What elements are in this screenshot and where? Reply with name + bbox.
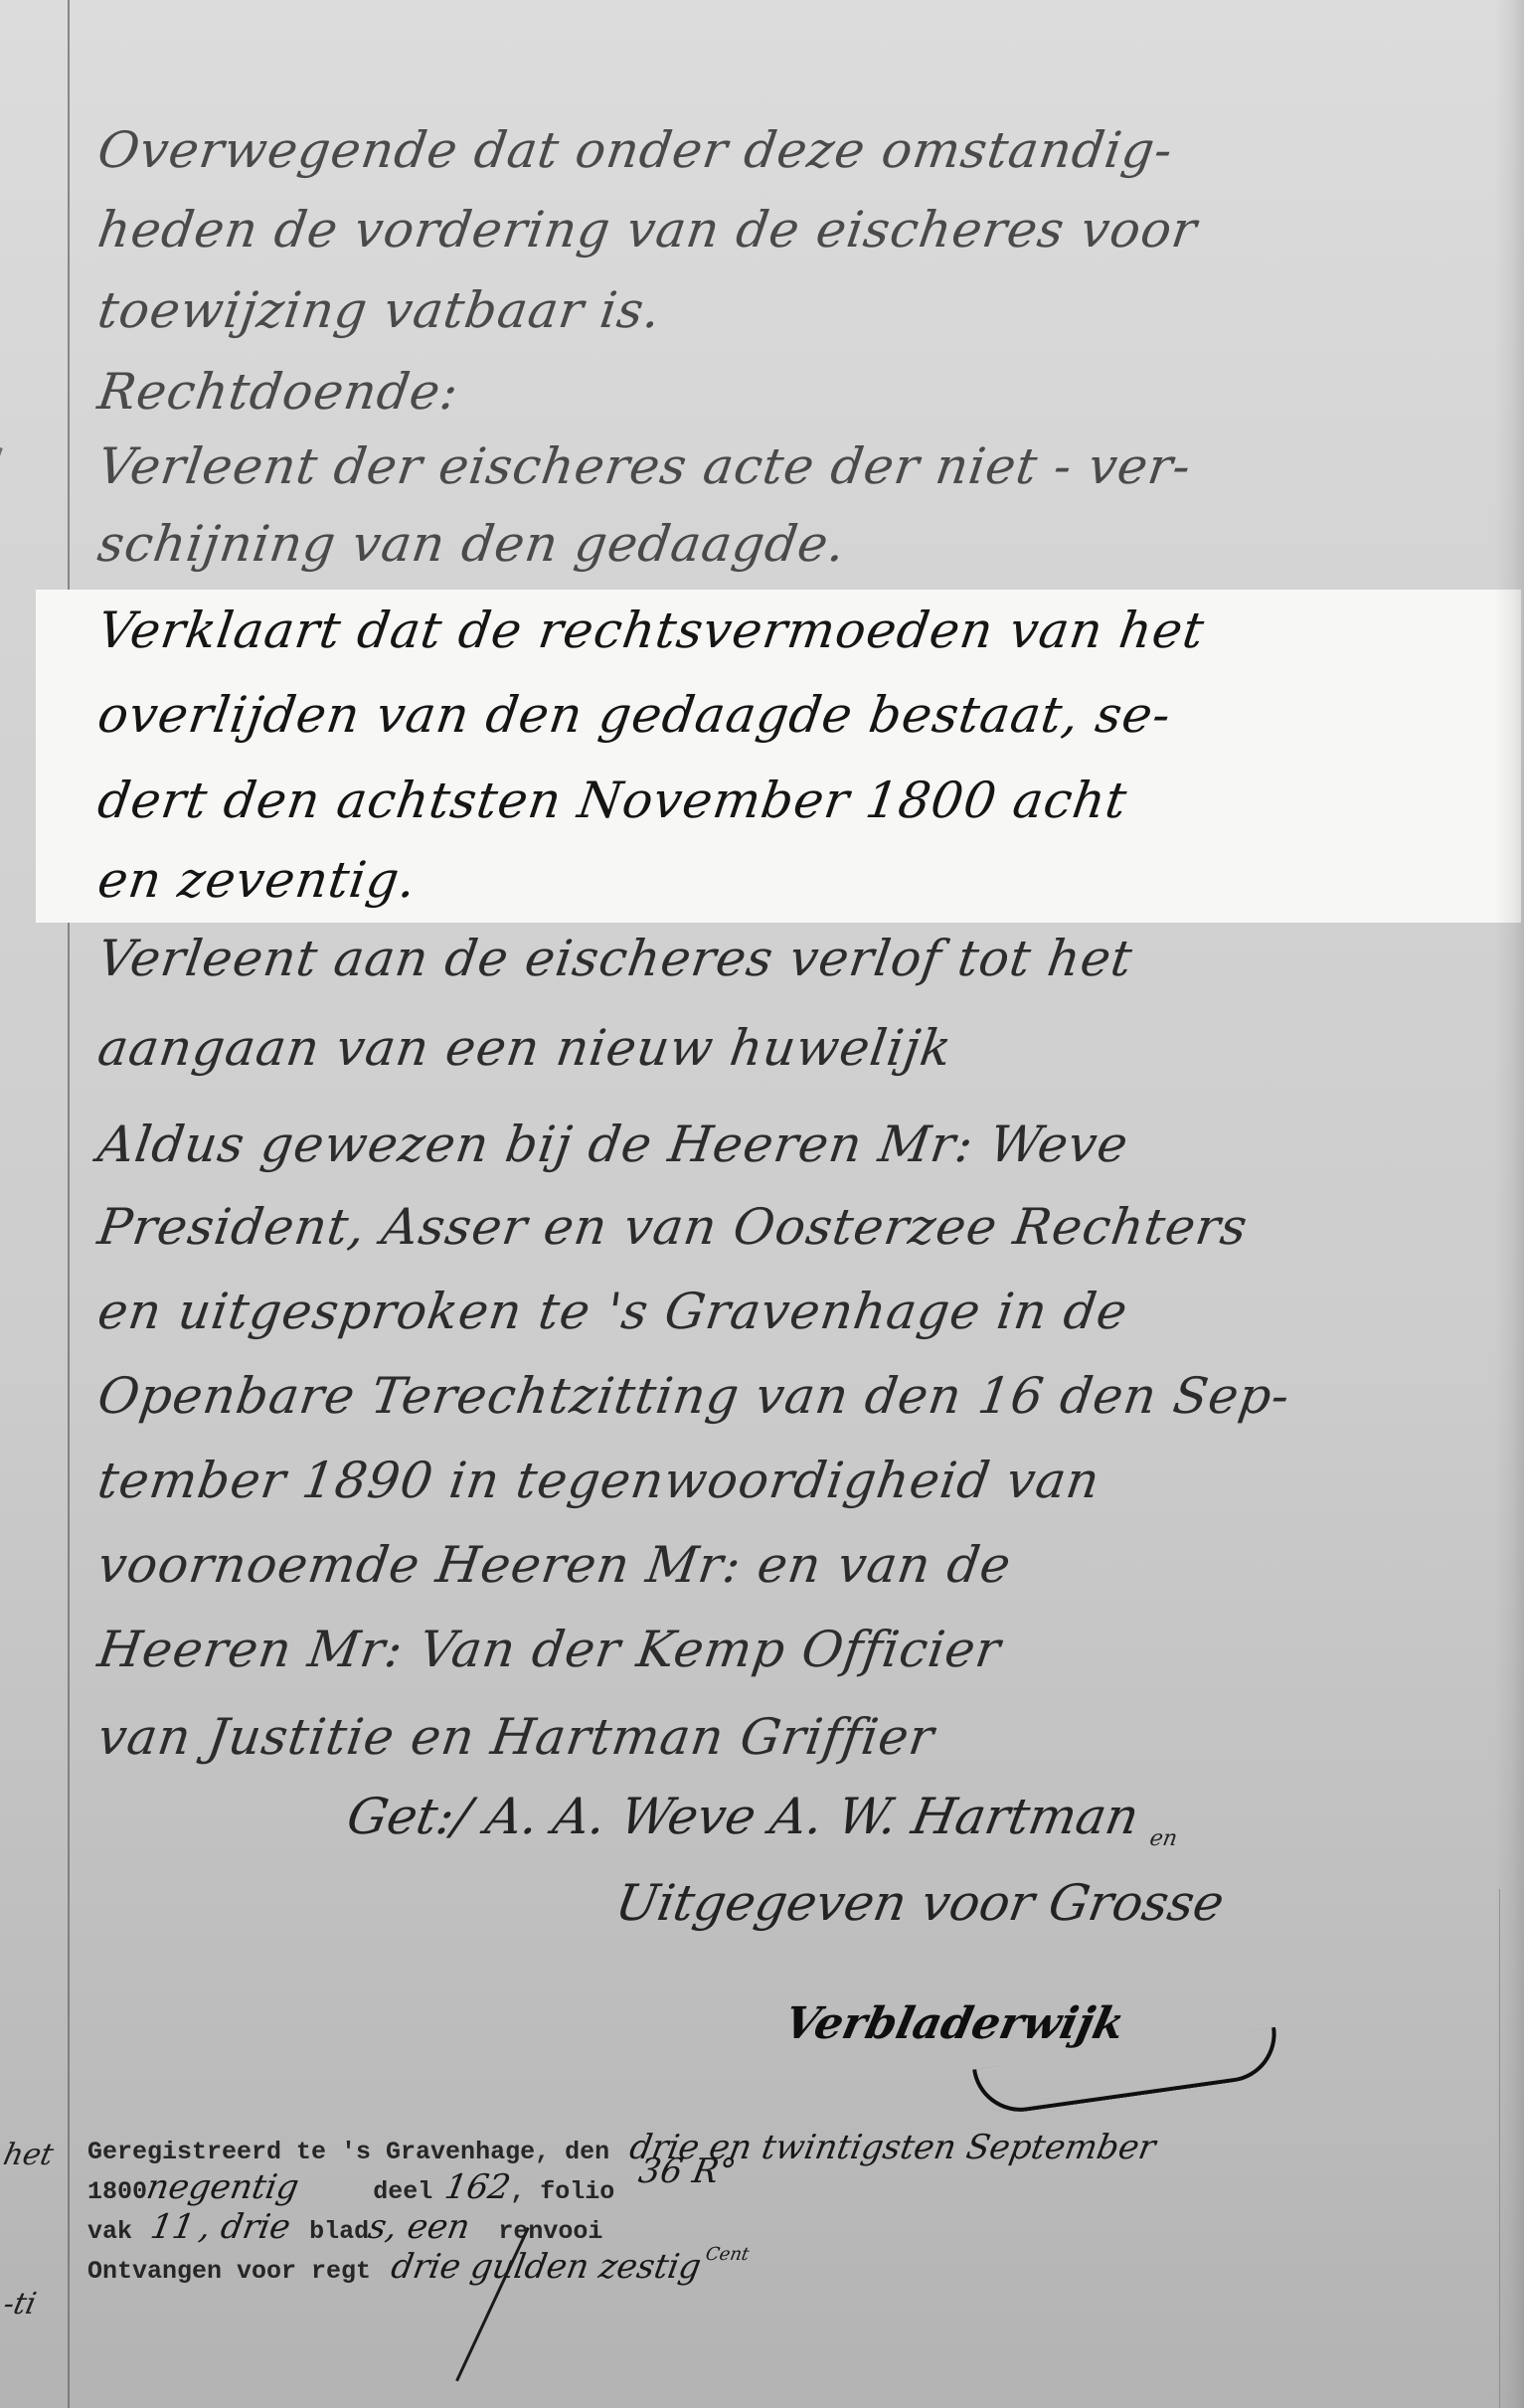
registration-stamp: Geregistreerd te 's Gravenhage, den drie… (87, 2128, 1479, 2287)
received-unit: Cent (704, 2244, 751, 2265)
margin-note-2: -ti (0, 2287, 39, 2322)
highlighted-line-3: dert den achtsten November 1800 acht (94, 772, 1131, 829)
registration-line-4: Ontvangen voor regt drie gulden zestig C… (87, 2247, 1479, 2287)
blad-label: blad (309, 2217, 369, 2246)
text-line-17: tember 1890 in tegenwoordigheid van (94, 1452, 1103, 1509)
text-line-12: aangaan van een nieuw huwelijk (94, 1019, 955, 1077)
renvooi-count: s, een (366, 2207, 473, 2247)
clerk-signature: Verbladerwijk (780, 1998, 1129, 2049)
registration-line-2: 1800negentig deel 162, folio 36 R° (87, 2167, 1479, 2207)
highlighted-line-1: Verklaart dat de rechtsvermoeden van het (94, 602, 1208, 659)
received-label: Ontvangen voor regt (87, 2257, 371, 2286)
year-prefix: 1800 (87, 2177, 147, 2206)
text-line-16: Openbare Terechtzitting van den 16 den S… (94, 1367, 1293, 1425)
received-amount: drie gulden zestig (389, 2247, 705, 2287)
text-line-11: Verleent aan de eischeres verlof tot het (94, 930, 1136, 987)
text-line-20: van Justitie en Hartman Griffier (94, 1708, 938, 1766)
signed-by-names: Get:/ A. A. Weve A. W. Hartman (343, 1788, 1143, 1845)
text-line-13: Aldus gewezen bij de Heeren Mr: Weve (94, 1116, 1132, 1173)
text-line-5: Verleent der eischeres acte der niet - v… (94, 437, 1195, 495)
text-line-19: Heeren Mr: Van der Kemp Officier (94, 1621, 1005, 1678)
signed-by-line: Get:/ A. A. Weve A. W. Hartman en (343, 1788, 1186, 1845)
deel-value: 162 (442, 2167, 514, 2207)
text-line-4: Rechtdoende: (94, 363, 462, 421)
registration-line-3: vak 11, drie blads, een renvooi (87, 2207, 1479, 2247)
margin-note-1: het (0, 2138, 57, 2172)
issued-for-grosse-line: Uitgegeven voor Grosse (611, 1874, 1229, 1932)
signed-by-suffix: en (1148, 1826, 1180, 1851)
vak-label: vak (87, 2217, 132, 2246)
registered-label: Geregistreerd te 's Gravenhage, den (87, 2138, 609, 2166)
text-line-3: toewijzing vatbaar is. (94, 281, 665, 339)
highlighted-line-2: overlijden van den gedaagde bestaat, se- (94, 686, 1175, 744)
deel-label: deel (373, 2177, 432, 2206)
vak-value: 11 (148, 2207, 198, 2247)
year-handwritten: negentig (143, 2167, 301, 2207)
text-line-2: heden de vordering van de eischeres voor (94, 201, 1201, 258)
folio-value: 36 R° (636, 2151, 740, 2191)
text-line-15: en uitgesproken te 's Gravenhage in de (94, 1283, 1131, 1340)
right-margin-rule (1499, 1889, 1500, 2408)
blad-count: , drie (197, 2207, 294, 2247)
text-line-18: voornoemde Heeren Mr: en van de (94, 1536, 1015, 1594)
text-line-6: schijning van den gedaagde. (94, 515, 849, 573)
text-line-14: President, Asser en van Oosterzee Rechte… (94, 1198, 1252, 1256)
text-line-1: Overwegende dat onder deze omstandig- (94, 121, 1177, 179)
left-margin-rule (68, 0, 70, 2408)
folio-label: , folio (510, 2177, 614, 2206)
registration-line-1: Geregistreerd te 's Gravenhage, den drie… (87, 2128, 1479, 2167)
document-page: Overwegende dat onder deze omstandig- he… (0, 0, 1524, 2408)
highlighted-line-4: en zeventig. (94, 851, 421, 909)
renvooi-label: renvooi (498, 2217, 602, 2246)
margin-pen-stroke (0, 447, 3, 616)
